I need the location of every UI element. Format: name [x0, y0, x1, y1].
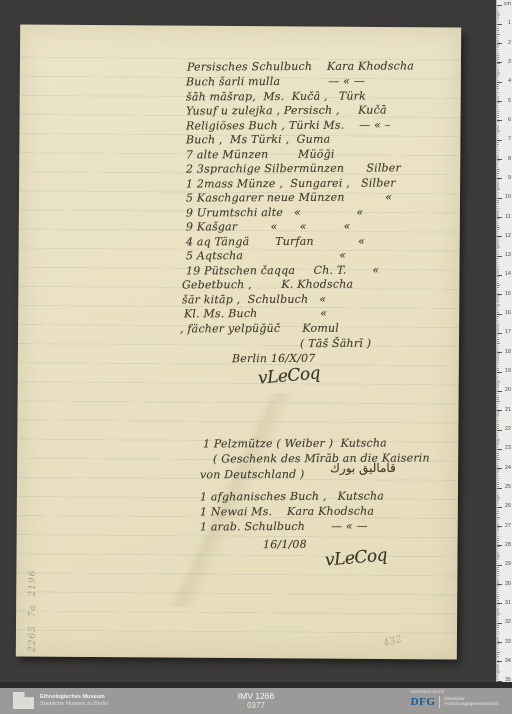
ruler-cm-label: 18 — [505, 350, 511, 355]
ruler-cm-tick — [497, 198, 502, 199]
ruler-cm-tick — [497, 236, 502, 237]
ruler-cm-label: 3 — [508, 60, 511, 65]
dfg-logo: Gefördert durch DFG Deutsche Forschungsg… — [411, 690, 498, 708]
ruler-cm-tick — [497, 372, 502, 373]
ruler-cm-label: 19 — [505, 369, 511, 374]
ruler-cm-label: 26 — [505, 504, 511, 509]
ruler-cm-label: 25 — [505, 485, 511, 490]
ruler-cm-tick — [497, 545, 502, 546]
ruler-cm-label: 30 — [505, 582, 511, 587]
ruler-cm-label: 7 — [508, 137, 511, 142]
ruler-cm-label: 27 — [505, 524, 511, 529]
ruler-cm-label: 15 — [505, 292, 511, 297]
ruler-cm-label: 1 — [508, 21, 511, 26]
ruler-cm-tick — [497, 333, 502, 334]
ruler-cm-tick — [497, 256, 502, 257]
ruler-cm-label: 4 — [508, 79, 511, 84]
ruler-cm-label: 32 — [505, 620, 511, 625]
ruler-cm-label: 33 — [505, 640, 511, 645]
ruler-cm-label: 17 — [505, 330, 511, 335]
ruler-cm-tick — [497, 120, 502, 121]
dfg-name-line2: Forschungsgemeinschaft — [444, 702, 498, 708]
ruler-cm-tick — [497, 314, 502, 315]
ruler-cm-label: 11 — [505, 215, 511, 220]
ruler-cm-tick — [497, 410, 502, 411]
dfg-divider — [439, 696, 440, 708]
ruler-cm-label: 31 — [505, 601, 511, 606]
ruler-cm-tick — [497, 159, 502, 160]
ruler-cm-label: 8 — [508, 157, 511, 162]
ruler: cm12345678910111213141516171819202122232… — [496, 0, 512, 688]
manuscript-page — [16, 24, 461, 659]
ruler-cm-tick — [497, 24, 502, 25]
ruler-cm-label: 29 — [505, 562, 511, 567]
ruler-cm-tick — [497, 82, 502, 83]
ruler-cm-label: 12 — [505, 234, 511, 239]
ruler-cm-tick — [497, 275, 502, 276]
ruler-cm-tick — [497, 468, 502, 469]
ruler-cm-label: 22 — [505, 427, 511, 432]
ruler-cm-tick — [497, 217, 502, 218]
ruler-cm-tick — [497, 584, 502, 585]
ruler-cm-tick — [497, 178, 502, 179]
ruler-cm-tick — [497, 488, 502, 489]
ruler-cm-tick — [497, 430, 502, 431]
ruler-cm-label: 34 — [505, 659, 511, 664]
ruler-cm-tick — [497, 449, 502, 450]
ruler-cm-tick — [497, 391, 502, 392]
footer-bar: Ethnologisches Museum Staatliche Museen … — [0, 688, 512, 714]
ruler-cm-label: 9 — [508, 176, 511, 181]
ruler-cm-tick — [497, 507, 502, 508]
ruler-cm-tick — [497, 5, 502, 6]
dfg-acronym: DFG — [411, 696, 436, 708]
ruler-cm-label: 24 — [505, 466, 511, 471]
ruler-cm-label: 5 — [508, 99, 511, 104]
ruler-cm-label: 13 — [505, 253, 511, 258]
ruler-cm-label: 21 — [505, 408, 511, 413]
ruler-cm-tick — [497, 294, 502, 295]
ruler-cm-label: 28 — [505, 543, 511, 548]
ruler-cm-label: 2 — [508, 41, 511, 46]
ruler-cm-tick — [497, 352, 502, 353]
ruler-cm-label: 16 — [505, 311, 511, 316]
ruler-cm-tick — [497, 603, 502, 604]
ruler-cm-tick — [497, 62, 502, 63]
paper-crease — [43, 391, 433, 609]
funding-credit: Gefördert durch — [411, 690, 498, 695]
ruler-cm-label: 10 — [505, 195, 511, 200]
pencil-annotation-left: 2265 7a 2196 — [28, 570, 38, 652]
ruler-cm-label: 14 — [505, 272, 511, 277]
ruler-cm-tick — [497, 565, 502, 566]
ruler-cm-tick — [497, 623, 502, 624]
ruler-cm-label: 23 — [505, 446, 511, 451]
ruler-cm-tick — [497, 43, 502, 44]
ruler-cm-tick — [497, 642, 502, 643]
ruler-halfcm-ticks — [497, 5, 500, 682]
ruler-cm-label: 20 — [505, 388, 511, 393]
ruler-cm-label: cm — [504, 2, 511, 7]
ruler-cm-tick — [497, 526, 502, 527]
ruler-cm-tick — [497, 661, 502, 662]
scanned-document-view: Persisches Schulbuch Kara KhodschaBuch š… — [0, 0, 512, 714]
ruler-cm-tick — [497, 140, 502, 141]
ruler-cm-label: 6 — [508, 118, 511, 123]
ruler-cm-tick — [497, 101, 502, 102]
